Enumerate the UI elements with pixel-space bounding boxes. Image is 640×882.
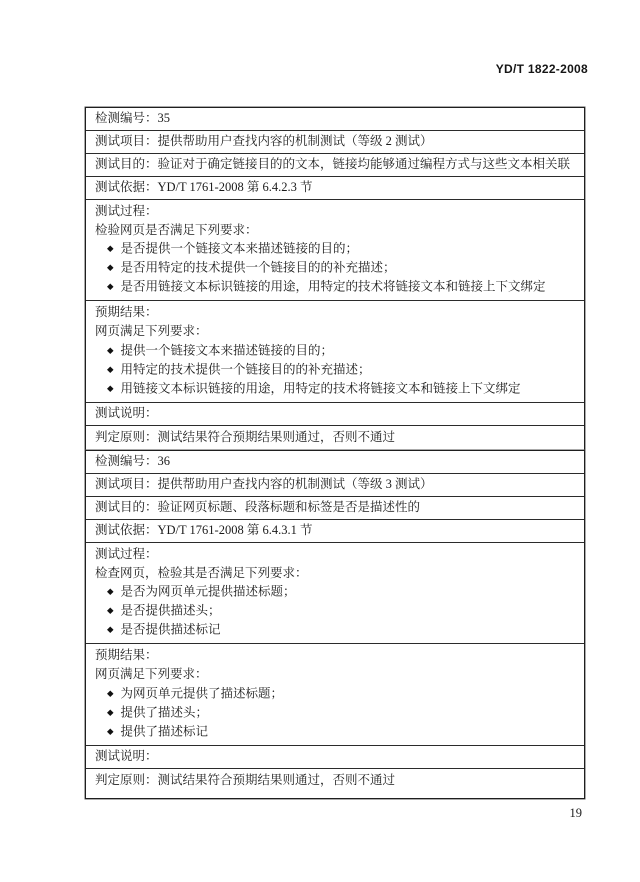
bullet-text: 为网页单元提供了描述标题；	[121, 686, 284, 700]
row-expected-result: 预期结果： 网页满足下列要求： ◆提供一个链接文本来描述链接的目的； ◆用特定的…	[86, 301, 584, 402]
bullet-diamond-icon: ◆	[107, 258, 114, 277]
bullet-diamond-icon: ◆	[107, 620, 114, 639]
row-expected-result: 预期结果： 网页满足下列要求： ◆为网页单元提供了描述标题； ◆提供了描述头； …	[86, 644, 584, 745]
bullet-text: 是否提供一个链接文本来描述链接的目的；	[121, 242, 359, 256]
bullet-item: ◆用链接文本标识链接的用途，用特定的技术将链接文本和链接上下文绑定	[95, 379, 574, 398]
test-basis-text: 测试依据：YD/T 1761-2008 第 6.4.3.1 节	[95, 523, 312, 537]
process-title: 测试过程：	[95, 202, 574, 221]
expected-intro: 网页满足下列要求：	[95, 665, 574, 684]
bullet-text: 用链接文本标识链接的用途，用特定的技术将链接文本和链接上下文绑定	[121, 381, 521, 395]
row-test-purpose: 测试目的：验证对于确定链接目的的文本，链接均能够通过编程方式与这些文本相关联	[86, 154, 584, 177]
bullet-item: ◆提供了描述标记	[95, 722, 574, 741]
test-note-text: 测试说明：	[95, 749, 158, 763]
bullet-text: 是否为网页单元提供描述标题；	[121, 585, 296, 599]
row-test-process: 测试过程： 检查网页，检验其是否满足下列要求： ◆是否为网页单元提供描述标题； …	[86, 543, 584, 644]
judgement-text: 判定原则：测试结果符合预期结果则通过，否则不通过	[95, 773, 395, 787]
test-purpose-text: 测试目的：验证网页标题、段落标题和标签是否是描述性的	[95, 500, 420, 514]
row-judgement: 判定原则：测试结果符合预期结果则通过，否则不通过	[86, 769, 584, 798]
bullet-diamond-icon: ◆	[107, 360, 114, 379]
bullet-diamond-icon: ◆	[107, 601, 114, 620]
doc-code-header: YD/T 1822-2008	[496, 62, 588, 76]
page-number: 19	[570, 806, 583, 821]
bullet-item: ◆是否用链接文本标识链接的用途，用特定的技术将链接文本和链接上下文绑定	[95, 277, 574, 296]
test-note-text: 测试说明：	[95, 406, 158, 420]
bullet-diamond-icon: ◆	[107, 239, 114, 258]
expected-title: 预期结果：	[95, 303, 574, 322]
process-intro: 检查网页，检验其是否满足下列要求：	[95, 564, 574, 583]
judgement-text: 判定原则：测试结果符合预期结果则通过，否则不通过	[95, 430, 395, 444]
bullet-diamond-icon: ◆	[107, 703, 114, 722]
row-test-basis: 测试依据：YD/T 1761-2008 第 6.4.2.3 节	[86, 177, 584, 200]
test-basis-text: 测试依据：YD/T 1761-2008 第 6.4.2.3 节	[95, 180, 312, 194]
test-case-table-36: 检测编号：36 测试项目：提供帮助用户查找内容的机制测试（等级 3 测试） 测试…	[85, 450, 585, 799]
bullet-text: 提供一个链接文本来描述链接的目的；	[121, 343, 334, 357]
bullet-item: ◆是否提供一个链接文本来描述链接的目的；	[95, 239, 574, 258]
bullet-item: ◆是否为网页单元提供描述标题；	[95, 582, 574, 601]
bullet-diamond-icon: ◆	[107, 277, 114, 296]
bullet-text: 提供了描述头；	[121, 705, 209, 719]
row-test-basis: 测试依据：YD/T 1761-2008 第 6.4.3.1 节	[86, 520, 584, 543]
bullet-text: 提供了描述标记	[121, 724, 209, 738]
bullet-text: 是否用链接文本标识链接的用途，用特定的技术将链接文本和链接上下文绑定	[121, 280, 546, 294]
row-test-note: 测试说明：	[86, 403, 584, 426]
bullet-diamond-icon: ◆	[107, 684, 114, 703]
row-test-id: 检测编号：36	[86, 451, 584, 474]
process-title: 测试过程：	[95, 545, 574, 564]
bullet-diamond-icon: ◆	[107, 379, 114, 398]
test-item-text: 测试项目：提供帮助用户查找内容的机制测试（等级 2 测试）	[95, 134, 433, 148]
expected-title: 预期结果：	[95, 646, 574, 665]
row-test-item: 测试项目：提供帮助用户查找内容的机制测试（等级 3 测试）	[86, 474, 584, 497]
row-test-process: 测试过程： 检验网页是否满足下列要求： ◆是否提供一个链接文本来描述链接的目的；…	[86, 200, 584, 301]
bullet-diamond-icon: ◆	[107, 341, 114, 360]
test-case-table-35: 检测编号：35 测试项目：提供帮助用户查找内容的机制测试（等级 2 测试） 测试…	[85, 107, 585, 456]
row-test-item: 测试项目：提供帮助用户查找内容的机制测试（等级 2 测试）	[86, 131, 584, 154]
test-id-text: 检测编号：36	[95, 454, 170, 468]
bullet-text: 是否提供描述标记	[121, 623, 221, 637]
bullet-text: 是否用特定的技术提供一个链接目的的补充描述；	[121, 261, 396, 275]
bullet-item: ◆提供一个链接文本来描述链接的目的；	[95, 341, 574, 360]
bullet-item: ◆为网页单元提供了描述标题；	[95, 684, 574, 703]
bullet-diamond-icon: ◆	[107, 582, 114, 601]
test-id-text: 检测编号：35	[95, 111, 170, 125]
bullet-item: ◆是否提供描述头；	[95, 601, 574, 620]
bullet-item: ◆是否用特定的技术提供一个链接目的的补充描述；	[95, 258, 574, 277]
expected-intro: 网页满足下列要求：	[95, 322, 574, 341]
row-test-id: 检测编号：35	[86, 108, 584, 131]
process-intro: 检验网页是否满足下列要求：	[95, 221, 574, 240]
bullet-text: 用特定的技术提供一个链接目的的补充描述；	[121, 362, 371, 376]
bullet-diamond-icon: ◆	[107, 722, 114, 741]
test-item-text: 测试项目：提供帮助用户查找内容的机制测试（等级 3 测试）	[95, 477, 433, 491]
bullet-item: ◆提供了描述头；	[95, 703, 574, 722]
row-test-purpose: 测试目的：验证网页标题、段落标题和标签是否是描述性的	[86, 497, 584, 520]
row-test-note: 测试说明：	[86, 746, 584, 769]
bullet-text: 是否提供描述头；	[121, 604, 221, 618]
bullet-item: ◆是否提供描述标记	[95, 620, 574, 639]
bullet-item: ◆用特定的技术提供一个链接目的的补充描述；	[95, 360, 574, 379]
test-purpose-text: 测试目的：验证对于确定链接目的的文本，链接均能够通过编程方式与这些文本相关联	[95, 157, 570, 171]
